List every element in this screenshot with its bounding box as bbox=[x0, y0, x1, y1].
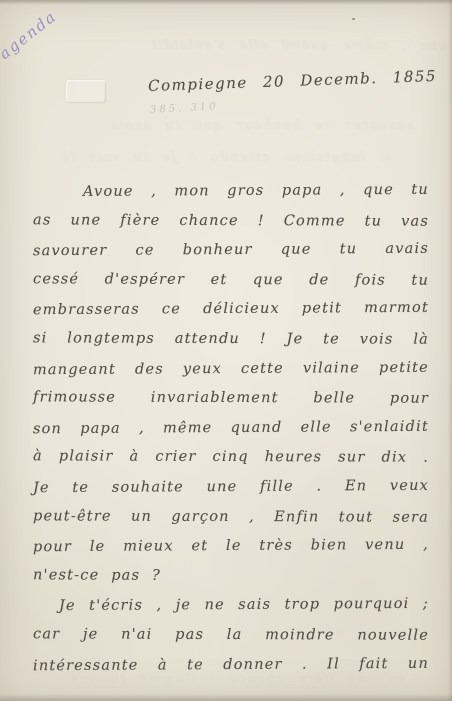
show-through-ghost-line: savourer ce bonheur que tu avais bbox=[110, 118, 414, 133]
page-edge-shadow-right bbox=[448, 0, 452, 701]
letter-body: Avoue , mon gros papa , que tu as une fi… bbox=[33, 183, 429, 686]
letter-line: son papa , même quand elle s'enlaidit bbox=[33, 419, 429, 451]
letter-line: Je t'écris , je ne sais trop pourquoi ; bbox=[33, 596, 429, 628]
letter-line: mangeant des yeux cette vilaine petite bbox=[33, 359, 429, 391]
letter-line: savourer ce bonheur que tu avais bbox=[33, 241, 429, 273]
letter-line: cessé d'espérer et que de fois tu bbox=[33, 271, 429, 302]
collector-pencil-annotation: agenda bbox=[0, 0, 94, 63]
letter-line: n'est-ce pas ? bbox=[33, 567, 429, 598]
ink-speck bbox=[352, 18, 355, 20]
show-through-ghost-line: si longtemps attendu ! Je te vois là bbox=[60, 150, 392, 165]
letter-line: à plaisir à crier cinq heures sur dix . bbox=[33, 449, 429, 480]
letter-line: embrasseras ce délicieux petit marmot bbox=[33, 300, 429, 332]
page-edge-shadow-bottom bbox=[0, 694, 452, 701]
letter-line: Je te souhaite une fille . En veux bbox=[33, 478, 429, 510]
letter-line: car je n'ai pas la moindre nouvelle bbox=[33, 626, 429, 657]
dateline: Compiegne 20 Decemb. 1855 bbox=[148, 67, 434, 95]
letter-line: intéressante à te donner . Il fait un bbox=[33, 655, 429, 687]
show-through-ghost-line: son papa , même quand elle s'enlaidit bbox=[150, 38, 452, 53]
letter-line: si longtemps attendu ! Je te vois là bbox=[33, 330, 429, 361]
letter-line: peut-être un garçon , Enfin tout sera bbox=[33, 508, 429, 539]
letter-line: as une fière chance ! Comme tu vas bbox=[33, 212, 429, 243]
letter-line: pour le mieux et le très bien venu , bbox=[33, 537, 429, 569]
letter-page: savourer ce bonheur que tu avais si long… bbox=[0, 0, 452, 701]
embossed-stamp bbox=[66, 80, 106, 103]
letter-line: Avoue , mon gros papa , que tu bbox=[33, 182, 429, 214]
pencil-note: 385. 310 bbox=[150, 101, 219, 116]
letter-line: frimousse invariablement belle pour bbox=[33, 389, 429, 420]
